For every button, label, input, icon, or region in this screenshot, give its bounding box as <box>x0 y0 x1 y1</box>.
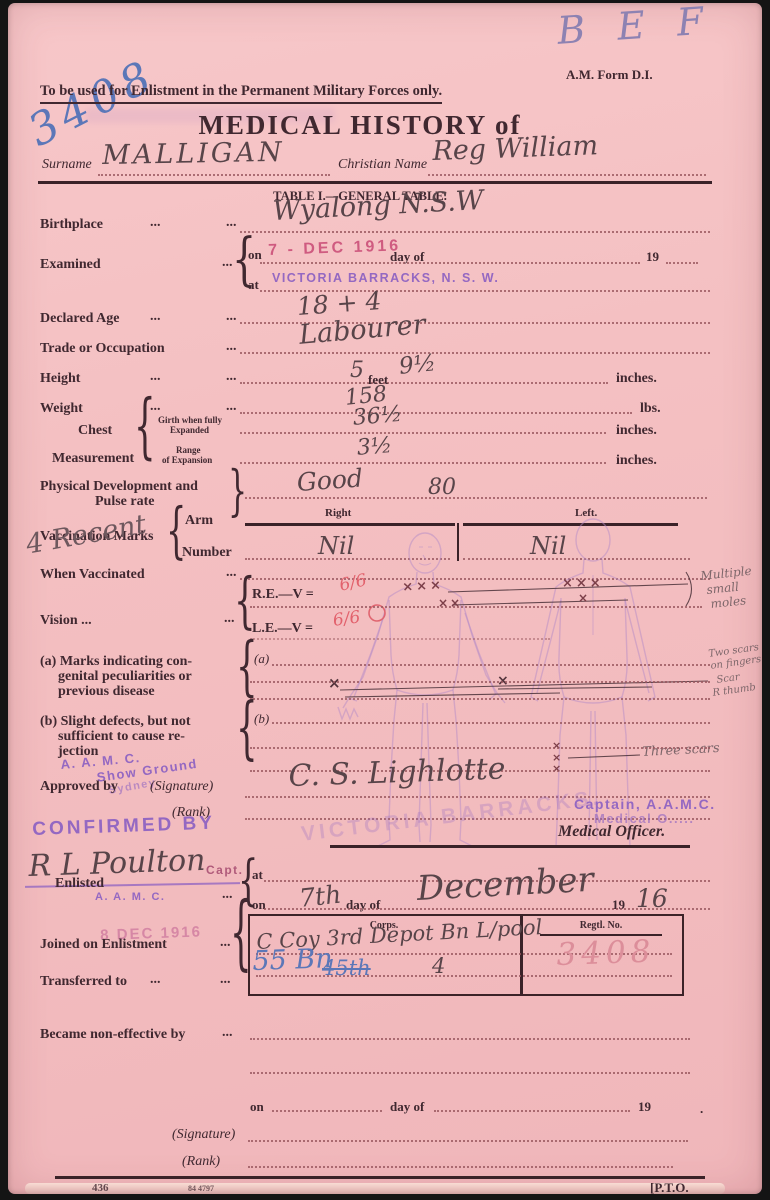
enlisted-month-value: December <box>416 863 594 906</box>
trade-rule <box>240 352 710 354</box>
examined-year-prefix: 19 <box>646 250 659 263</box>
corps-value-blue-struck: 45th <box>322 958 371 979</box>
approval-divider <box>330 845 690 848</box>
joined-label: Joined on Enlistment <box>40 938 167 952</box>
marks-a-rule-2 <box>250 681 710 683</box>
approving-officer-signature: C. S. Lighlotte <box>288 754 506 792</box>
approved-signature-label: (Signature) <box>150 780 213 794</box>
physical-label-2: Pulse rate <box>95 495 154 509</box>
declared-age-label: Declared Age <box>40 312 119 326</box>
defects-b-brace: { <box>236 695 258 763</box>
christian-rule <box>428 174 706 176</box>
vision-le-label: L.E.—V = <box>252 622 313 636</box>
range-inches-label: inches. <box>616 454 657 468</box>
leader-dots: ... <box>226 370 237 384</box>
printer-code: 84 4797 <box>188 1185 214 1193</box>
footer-rank-label: (Rank) <box>182 1155 220 1169</box>
margin-note-moles-3: moles <box>710 594 747 610</box>
weight-rule <box>240 412 632 414</box>
footer-year-prefix: 19 <box>638 1100 651 1113</box>
enlisted-at-label: at <box>252 868 263 881</box>
regtl-no-value: 3408 <box>556 937 656 971</box>
defects-b-label-1: (b) Slight defects, but not <box>40 715 191 729</box>
birthplace-label: Birthplace <box>40 218 103 232</box>
examined-at-label: at <box>248 278 259 291</box>
surname-value: MALLIGAN <box>102 139 285 169</box>
medical-officer-label: Medical Officer. <box>558 824 665 840</box>
surname-rule <box>98 174 330 176</box>
girth-inches-label: inches. <box>616 424 657 438</box>
footer-period: . <box>700 1102 703 1115</box>
weight-lbs-label: lbs. <box>640 402 661 416</box>
form-number: A.M. Form D.I. <box>566 68 653 81</box>
leader-dots: ... <box>226 340 237 354</box>
aamc-stamp-2: A. A. M. C. <box>95 892 165 903</box>
non-effective-rule-2 <box>250 1072 690 1074</box>
marks-a-label-3: previous disease <box>58 685 155 699</box>
vision-label: Vision ... <box>40 614 92 628</box>
leader-dots: ... <box>222 1026 233 1040</box>
birthplace-rule <box>240 231 710 233</box>
physical-label-1: Physical Development and <box>40 480 198 494</box>
defects-b-rule-2 <box>250 747 710 749</box>
chest-label-2: Measurement <box>52 452 134 466</box>
marks-a-rule-3 <box>250 698 710 700</box>
non-effective-rule-1 <box>250 1038 690 1040</box>
examined-year-rule <box>666 262 698 264</box>
range-label-1: Range <box>176 446 201 455</box>
enlisted-on-rule <box>264 908 710 910</box>
examined-label: Examined <box>40 258 101 272</box>
range-rule <box>240 462 606 464</box>
footer-divider <box>55 1176 705 1179</box>
chest-brace: { <box>134 391 156 462</box>
height-rule <box>240 382 608 384</box>
scanned-medical-history-form: 3408 B E F A.M. Form D.I. To be used for… <box>0 0 770 1200</box>
defects-b-rule-1 <box>272 722 710 724</box>
height-label: Height <box>40 372 80 386</box>
defects-b-label-2: sufficient to cause re- <box>58 730 185 744</box>
marks-a-rule-1 <box>272 664 710 666</box>
vision-re-rule <box>250 606 702 608</box>
header-divider <box>38 181 712 184</box>
scar-mark-right-hand: × <box>328 676 341 691</box>
leader-dots: ... <box>220 973 231 987</box>
footer-on-rule <box>272 1110 382 1112</box>
footer-dayof-rule <box>434 1110 630 1112</box>
range-label-2: of Expansion <box>162 456 212 465</box>
height-feet-value: 5 <box>350 360 364 382</box>
restriction-line: To be used for Enlistment in the Permane… <box>40 84 442 104</box>
girth-label-2: Expanded <box>170 426 209 435</box>
scar-mark-back-chest-2: × <box>578 592 588 604</box>
footer-dayof-label: day of <box>390 1100 424 1113</box>
leader-dots: ... <box>150 973 161 987</box>
examined-on-rule <box>260 262 640 264</box>
joined-box-rule-2 <box>256 975 672 977</box>
christian-name-label: Christian Name <box>338 158 427 172</box>
scar-marks-back-chest: ××× <box>562 577 604 590</box>
footer-signature-rule <box>248 1140 688 1142</box>
trade-label: Trade or Occupation <box>40 342 165 356</box>
leader-dots: ... <box>150 216 161 230</box>
number-label: Number <box>182 546 232 560</box>
vision-le-rule <box>250 638 550 640</box>
enlisted-label: Enlisted <box>55 877 104 891</box>
christian-name-value: Reg William <box>432 132 599 165</box>
girth-value: 36½ <box>352 404 403 430</box>
scar-mark-leg-1: × <box>552 740 561 751</box>
non-effective-label: Became non-effective by <box>40 1028 185 1042</box>
height-inches-label: inches. <box>616 372 657 386</box>
when-vaccinated-label: When Vaccinated <box>40 568 145 582</box>
footer-rank-rule <box>248 1166 673 1168</box>
height-inches-value: 9½ <box>398 352 437 379</box>
corps-value-blue: 55 Bn <box>252 945 333 975</box>
margin-note-three-scars: Three scars <box>642 742 720 759</box>
weight-label: Weight <box>40 402 83 416</box>
leader-dots: ... <box>150 370 161 384</box>
paper-bottom-fold <box>25 1183 725 1194</box>
chest-label-1: Chest <box>78 424 112 438</box>
corps-value-extra: 4 <box>432 956 445 977</box>
approved-by-label: Approved by <box>40 780 118 794</box>
marks-a-item-label: (a) <box>254 652 269 665</box>
handwritten-bef: B E F <box>556 1 714 50</box>
vision-le-value: 6/6 <box>332 609 361 630</box>
marks-a-label-2: genital peculiarities or <box>58 670 192 684</box>
surname-label: Surname <box>42 158 92 172</box>
footer-signature-label: (Signature) <box>172 1128 235 1142</box>
enlisted-day-value: 7th <box>298 882 342 911</box>
regtl-no-header: Regtl. No. <box>522 921 680 931</box>
examined-place-stamp: VICTORIA BARRACKS, N. S. W. <box>272 272 499 285</box>
leader-dots: ... <box>226 310 237 324</box>
transferred-label: Transferred to <box>40 975 127 989</box>
leader-dots: ... <box>224 612 235 626</box>
range-value: 3½ <box>356 435 393 460</box>
vision-re-label: R.E.—V = <box>252 588 314 602</box>
form-print-number: 436 <box>92 1183 109 1194</box>
girth-label-1: Girth when fully <box>158 416 222 425</box>
physical-brace: } <box>228 466 247 520</box>
leader-dots: ... <box>150 310 161 324</box>
girth-rule <box>240 432 606 434</box>
pto-label: [P.T.O. <box>650 1181 689 1194</box>
defects-b-item-label: (b) <box>254 712 269 725</box>
footer-on-label: on <box>250 1100 264 1113</box>
scar-marks-front-chest: ××× <box>402 579 444 594</box>
marks-a-label-1: (a) Marks indicating con- <box>40 655 192 669</box>
leader-dots: ... <box>222 256 233 270</box>
leader-dots: ... <box>220 936 231 950</box>
scar-mark-leg-3: × <box>552 763 561 774</box>
examined-on-label: on <box>248 248 262 261</box>
leader-dots: ... <box>226 400 237 414</box>
arm-label: Arm <box>185 514 213 528</box>
